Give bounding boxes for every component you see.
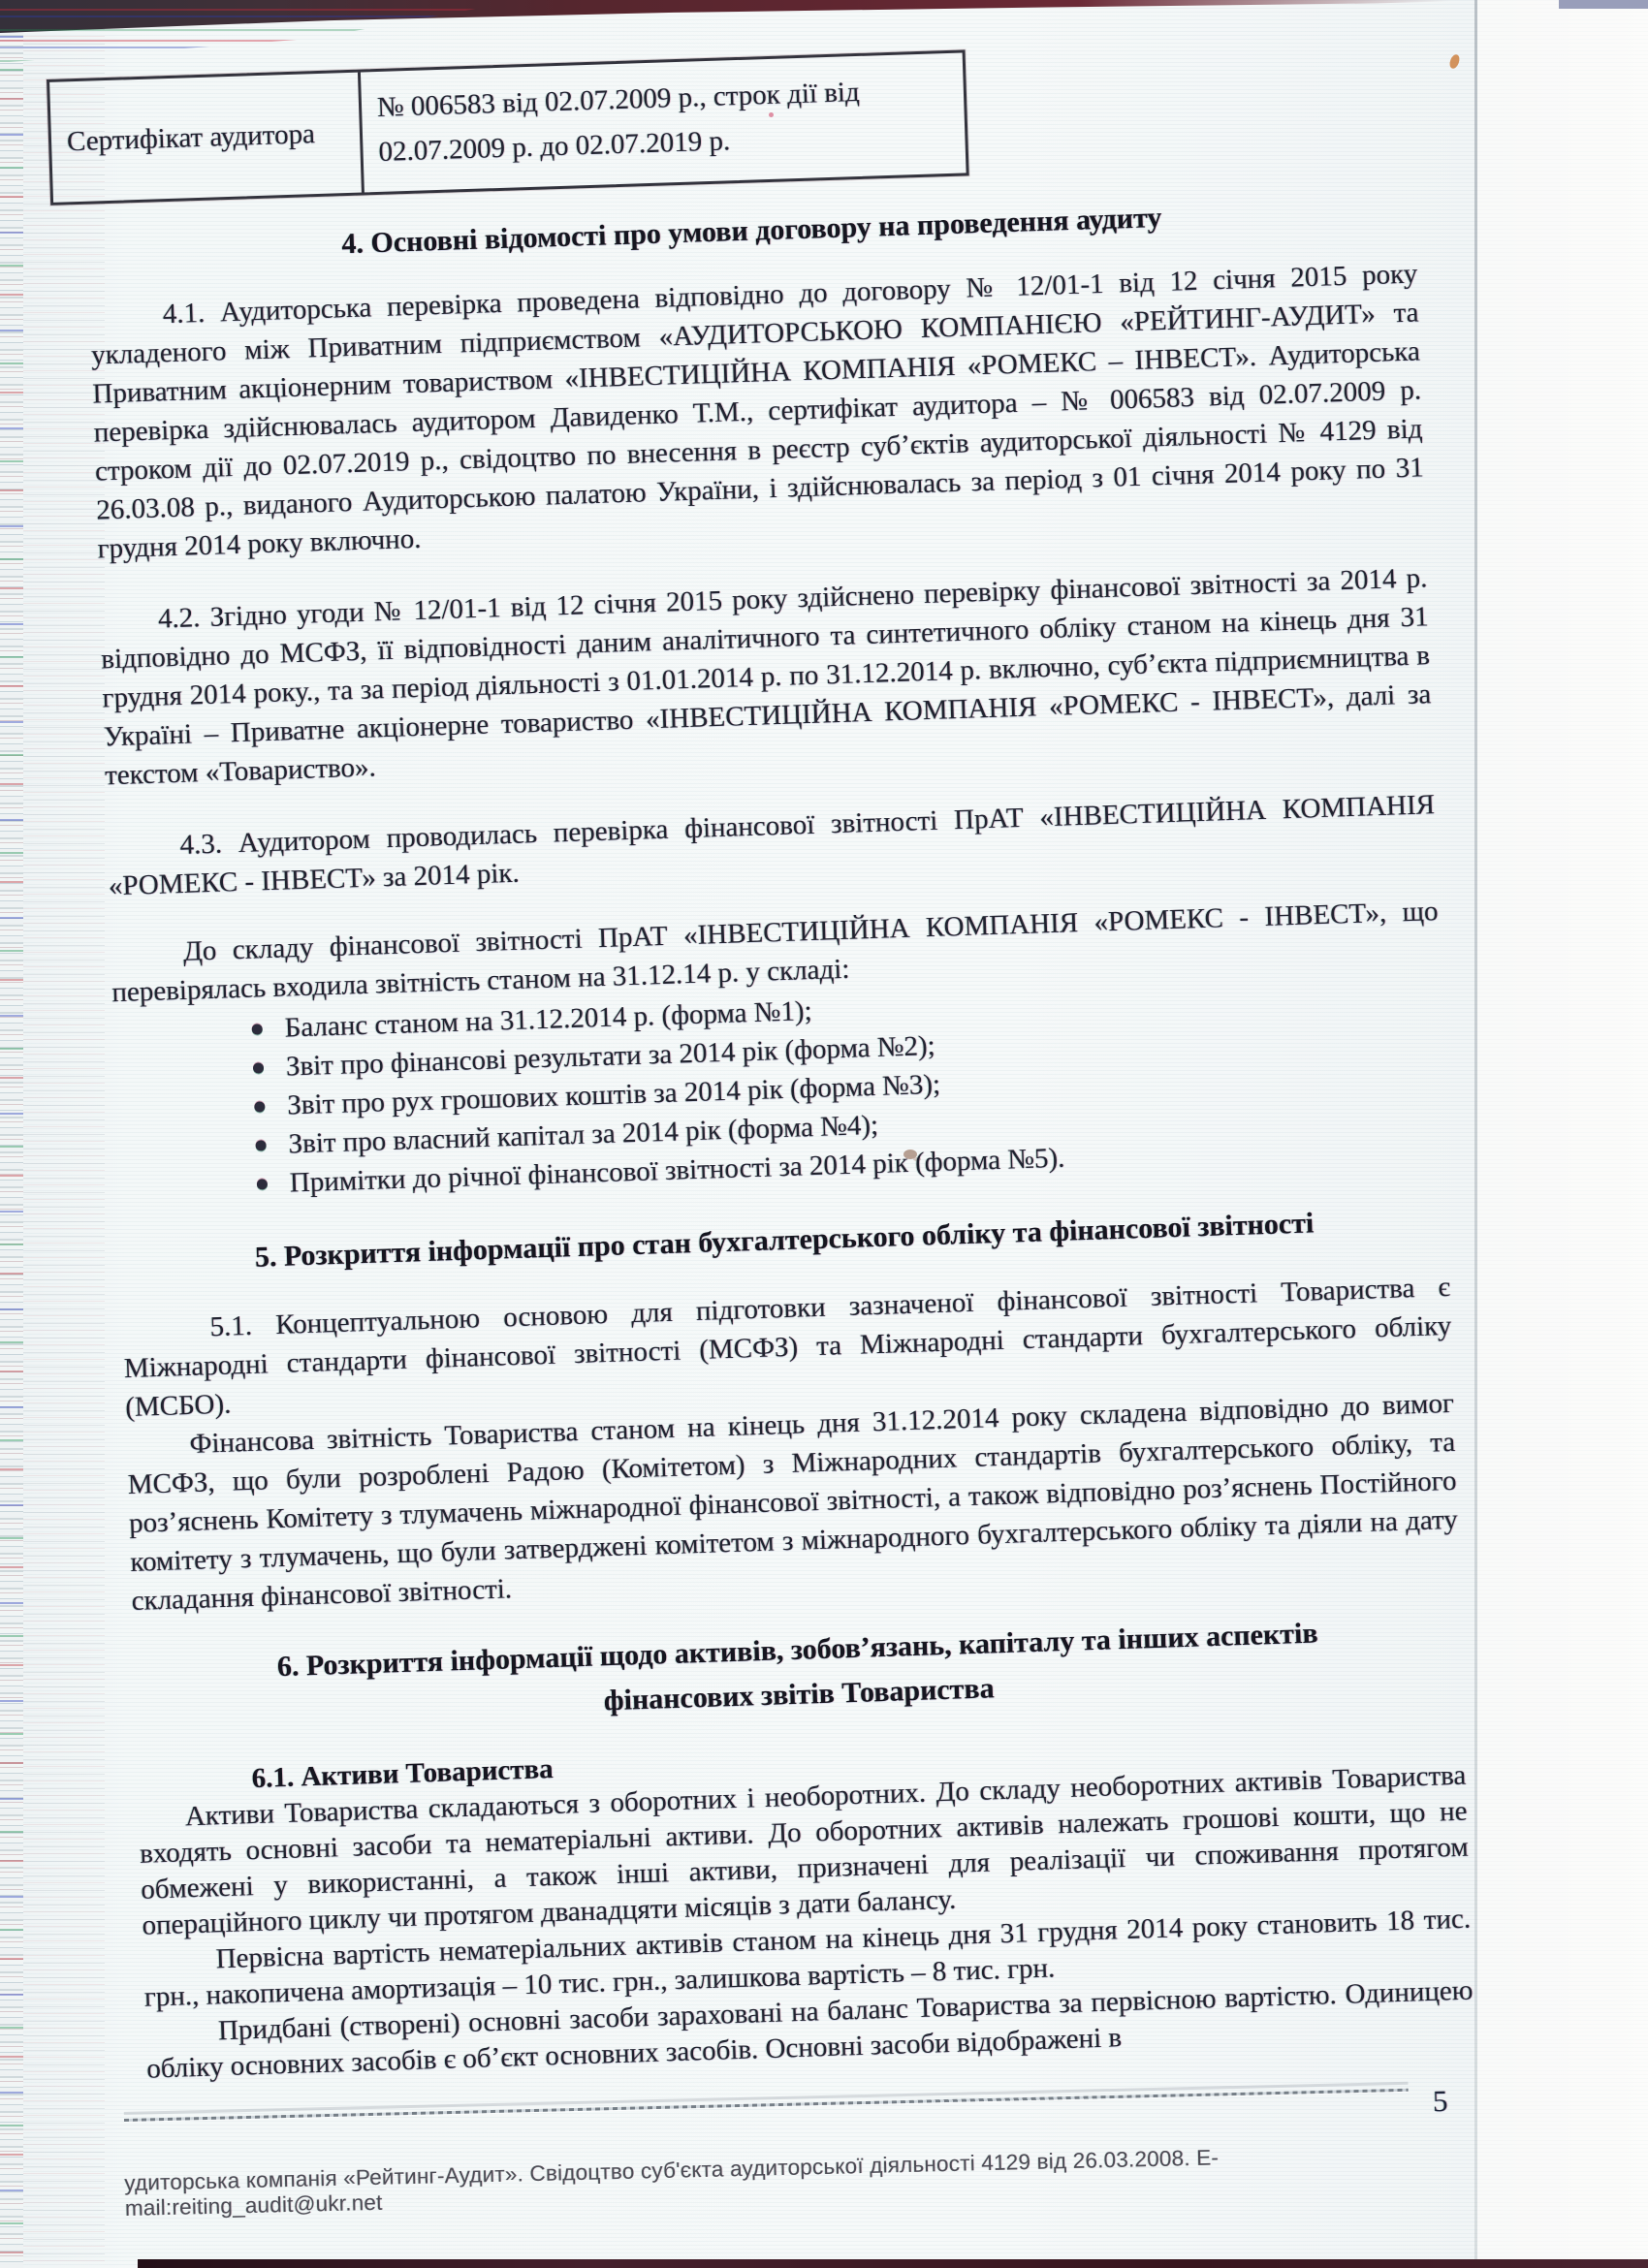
section4-heading: 4. Основні відомості про умови договору …: [87, 190, 1416, 271]
page-number: 5: [1433, 2084, 1448, 2119]
paragraph-4-3: 4.3. Аудитором проводилась перевірка фін…: [107, 785, 1437, 905]
document-content: Сертифікат аудитора № 006583 від 02.07.2…: [47, 36, 1474, 2089]
bullet-icon: [255, 1140, 266, 1150]
footer-divider: [124, 2089, 1409, 2122]
certificate-value-cell: № 006583 від 02.07.2009 р., строк дії ві…: [361, 52, 967, 192]
report-list: Баланс станом на 31.12.2014 р. (форма №1…: [112, 971, 1446, 1208]
certificate-label-cell: Сертифікат аудитора: [49, 73, 364, 203]
text-block: 4. Основні відомості про умови договору …: [87, 190, 1474, 2087]
bullet-icon: [254, 1101, 265, 1112]
bullet-icon: [253, 1062, 264, 1073]
certificate-table: Сертифікат аудитора № 006583 від 02.07.2…: [47, 49, 969, 205]
paragraph-4-1: 4.1. Аудиторська перевірка проведена від…: [89, 254, 1425, 568]
section6-heading-line2: фінансових звітів Товариства: [603, 1672, 995, 1717]
section6-heading: 6. Розкриття інформації щодо активів, зо…: [133, 1607, 1463, 1739]
paragraph-5-2: Фінансова звітність Товариства станом на…: [126, 1384, 1460, 1621]
scan-shadow-bottom: [138, 2259, 1648, 2268]
certificate-value: № 006583 від 02.07.2009 р., строк дії ві…: [377, 77, 861, 168]
scan-edge-noise-left: [0, 0, 23, 2268]
paragraph-4-2: 4.2. Згідно угоди № 12/01-1 від 12 січня…: [99, 558, 1433, 795]
certificate-label: Сертифікат аудитора: [66, 114, 315, 161]
footer-text: удиторська компанія «Рейтинг-Аудит». Сві…: [124, 2140, 1424, 2221]
bullet-icon: [257, 1179, 268, 1189]
section6-heading-line1: 6. Розкриття інформації щодо активів, зо…: [276, 1618, 1318, 1684]
section5-heading: 5. Розкриття інформації про стан бухгалт…: [120, 1198, 1449, 1283]
scanned-audit-report-page: { "certificate_table": { "label": "Серти…: [0, 0, 1648, 2268]
scanner-background-right: [1477, 0, 1648, 2268]
bullet-icon: [252, 1024, 263, 1034]
stain: [1448, 53, 1462, 70]
